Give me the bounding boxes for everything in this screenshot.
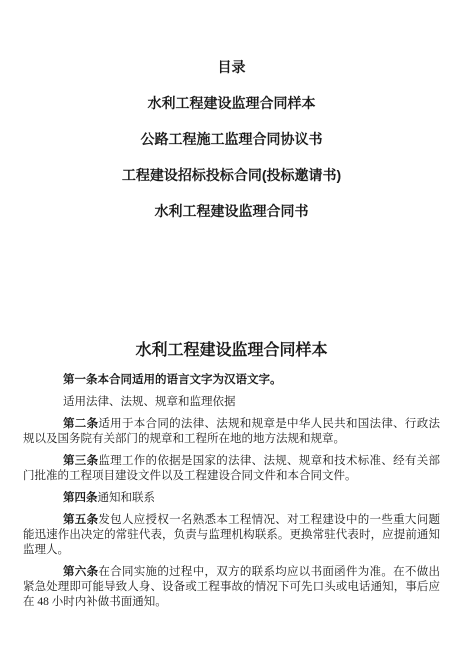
toc-entry-1: 水利工程建设监理合同样本 <box>23 95 440 112</box>
clause-paragraph-2: 第二条适用于本合同的法律、法规和规章是中华人民共和国法律、行政法规以及国务院有关… <box>23 417 440 447</box>
clause-paragraph-6: 第六条在合同实施的过程中，双方的联系均应以书面函件为准。在不做出紧急处理即可能导… <box>23 565 440 610</box>
toc-entry-2: 公路工程施工监理合同协议书 <box>23 131 440 148</box>
clause-text: 通知和联系 <box>98 492 156 504</box>
clause-paragraph-5: 第五条发包人应授权一名熟悉本工程情况、对工程建设中的一些重大问题能迅速作出决定的… <box>23 513 440 558</box>
toc-entry-4: 水利工程建设监理合同书 <box>23 203 440 220</box>
toc-entry-3: 工程建设招标投标合同(投标邀请书) <box>23 167 440 184</box>
clause-paragraph-1: 第一条本合同适用的语言文字为汉语文字。 <box>23 373 440 388</box>
subheading-paragraph: 适用法律、法规、规章和监理依据 <box>23 395 440 410</box>
clause-label: 第二条 <box>63 418 98 430</box>
clause-text: 本合同适用的语言文字为汉语文字。 <box>98 374 282 386</box>
clause-text: 适用法律、法规、规章和监理依据 <box>63 396 236 408</box>
toc-title: 目录 <box>23 59 440 76</box>
section-heading: 水利工程建设监理合同样本 <box>23 341 440 360</box>
document-page: 目录 水利工程建设监理合同样本 公路工程施工监理合同协议书 工程建设招标投标合同… <box>0 0 463 655</box>
clause-label: 第五条 <box>63 514 98 526</box>
clause-label: 第四条 <box>63 492 98 504</box>
clause-paragraph-3: 第三条监理工作的依据是国家的法律、法规、规章和技术标准、经有关部门批准的工程项目… <box>23 454 440 484</box>
clause-paragraph-4: 第四条通知和联系 <box>23 491 440 506</box>
clause-label: 第三条 <box>63 455 98 467</box>
clause-label: 第一条 <box>63 374 98 386</box>
contract-section: 水利工程建设监理合同样本 第一条本合同适用的语言文字为汉语文字。 适用法律、法规… <box>23 341 440 610</box>
table-of-contents: 目录 水利工程建设监理合同样本 公路工程施工监理合同协议书 工程建设招标投标合同… <box>23 59 440 220</box>
clause-label: 第六条 <box>63 566 98 578</box>
